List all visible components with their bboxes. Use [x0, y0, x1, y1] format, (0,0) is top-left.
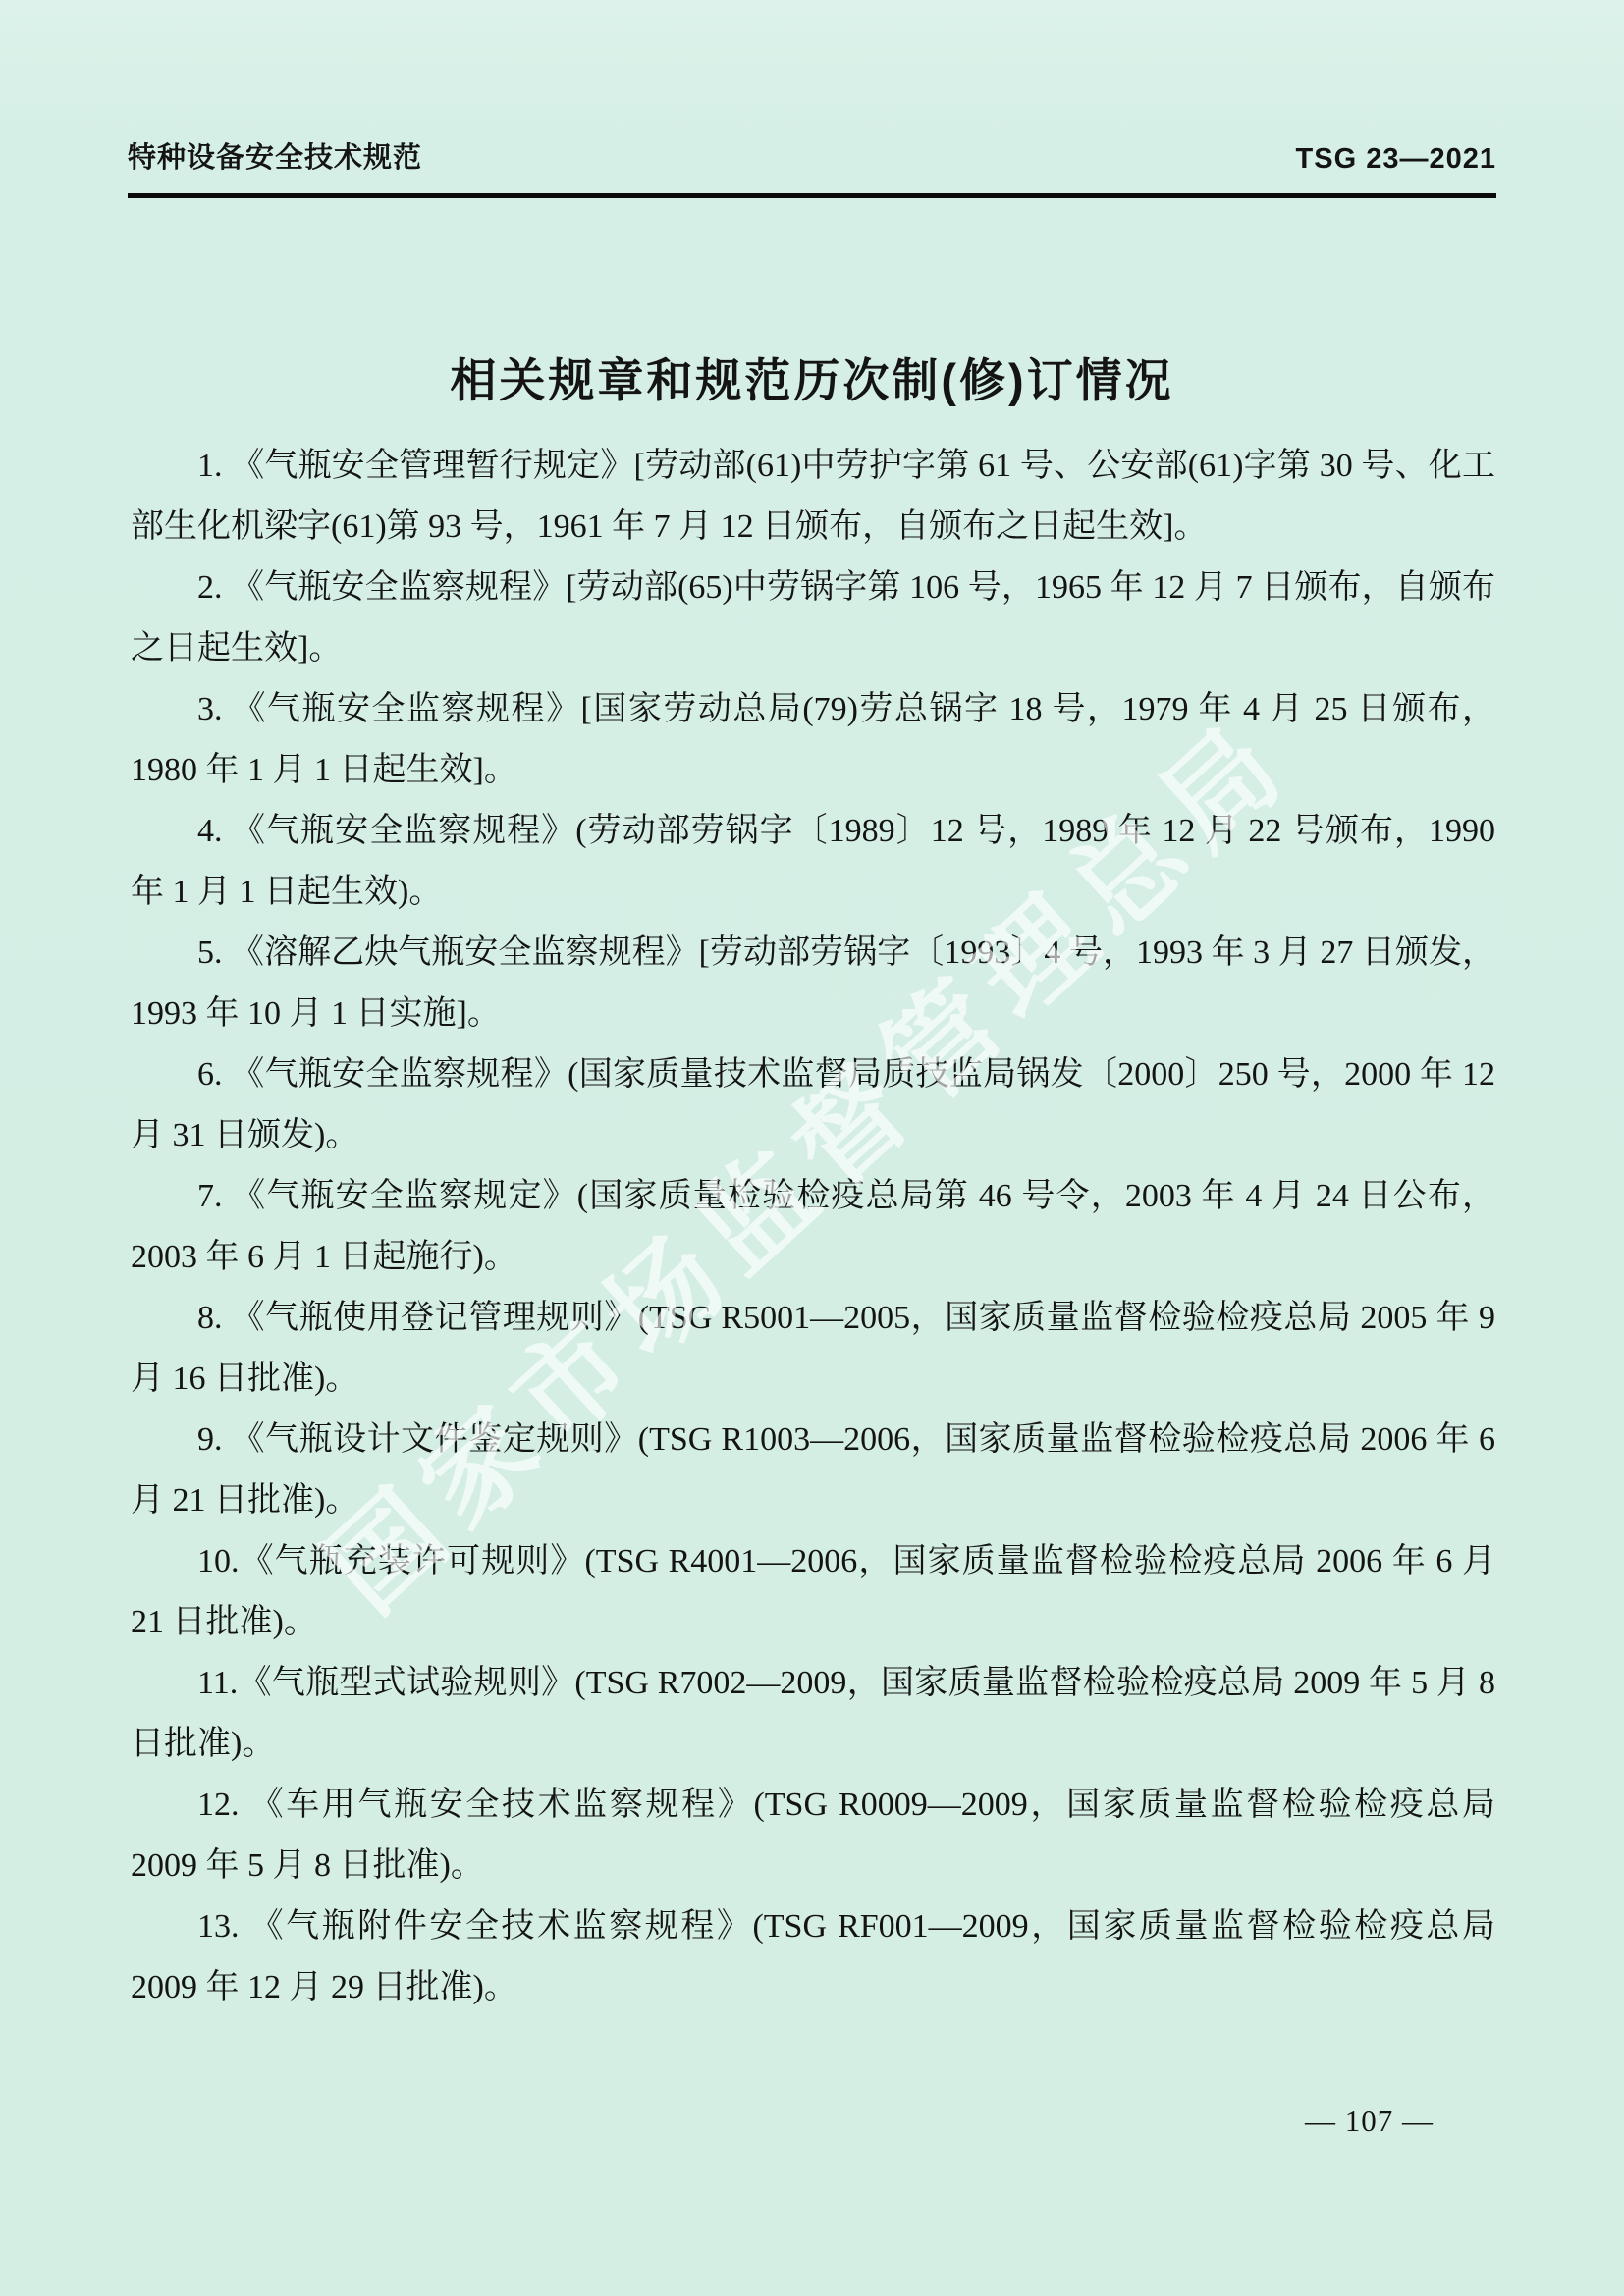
list-item: 7. 《气瓶安全监察规定》(国家质量检验检疫总局第 46 号令，2003 年 4…	[131, 1166, 1495, 1288]
list-item: 1. 《气瓶安全管理暂行规定》[劳动部(61)中劳护字第 61 号、公安部(61…	[131, 436, 1495, 558]
list-item: 6. 《气瓶安全监察规程》(国家质量技术监督局质技监局锅发〔2000〕250 号…	[131, 1044, 1495, 1166]
list-item: 12. 《车用气瓶安全技术监察规程》(TSG R0009—2009，国家质量监督…	[131, 1775, 1495, 1896]
list-item: 2. 《气瓶安全监察规程》[劳动部(65)中劳锅字第 106 号，1965 年 …	[131, 558, 1495, 679]
page-title: 相关规章和规范历次制(修)订情况	[0, 345, 1624, 410]
list-item: 13. 《气瓶附件安全技术监察规程》(TSG RF001—2009，国家质量监督…	[131, 1896, 1495, 2018]
list-item: 4. 《气瓶安全监察规程》(劳动部劳锅字〔1989〕12 号，1989 年 12…	[131, 801, 1495, 923]
page-header: 特种设备安全技术规范 TSG 23—2021	[128, 135, 1496, 198]
page-number: — 107 —	[1305, 2104, 1434, 2139]
list-item: 5. 《溶解乙炔气瓶安全监察规程》[劳动部劳锅字〔1993〕4 号，1993 年…	[131, 923, 1495, 1044]
header-doc-number: TSG 23—2021	[1296, 143, 1496, 176]
regulation-history-list: 1. 《气瓶安全管理暂行规定》[劳动部(61)中劳护字第 61 号、公安部(61…	[131, 436, 1495, 2018]
list-item: 8. 《气瓶使用登记管理规则》(TSG R5001—2005，国家质量监督检验检…	[131, 1288, 1495, 1410]
list-item: 3. 《气瓶安全监察规程》[国家劳动总局(79)劳总锅字 18 号，1979 年…	[131, 679, 1495, 801]
header-spec-name: 特种设备安全技术规范	[128, 135, 422, 176]
document-page: { "document": { "header": { "left": "特种设…	[0, 0, 1624, 2296]
list-item: 10.《气瓶充装许可规则》(TSG R4001—2006，国家质量监督检验检疫总…	[131, 1531, 1495, 1653]
list-item: 11.《气瓶型式试验规则》(TSG R7002—2009，国家质量监督检验检疫总…	[131, 1653, 1495, 1775]
list-item: 9. 《气瓶设计文件鉴定规则》(TSG R1003—2006，国家质量监督检验检…	[131, 1410, 1495, 1531]
